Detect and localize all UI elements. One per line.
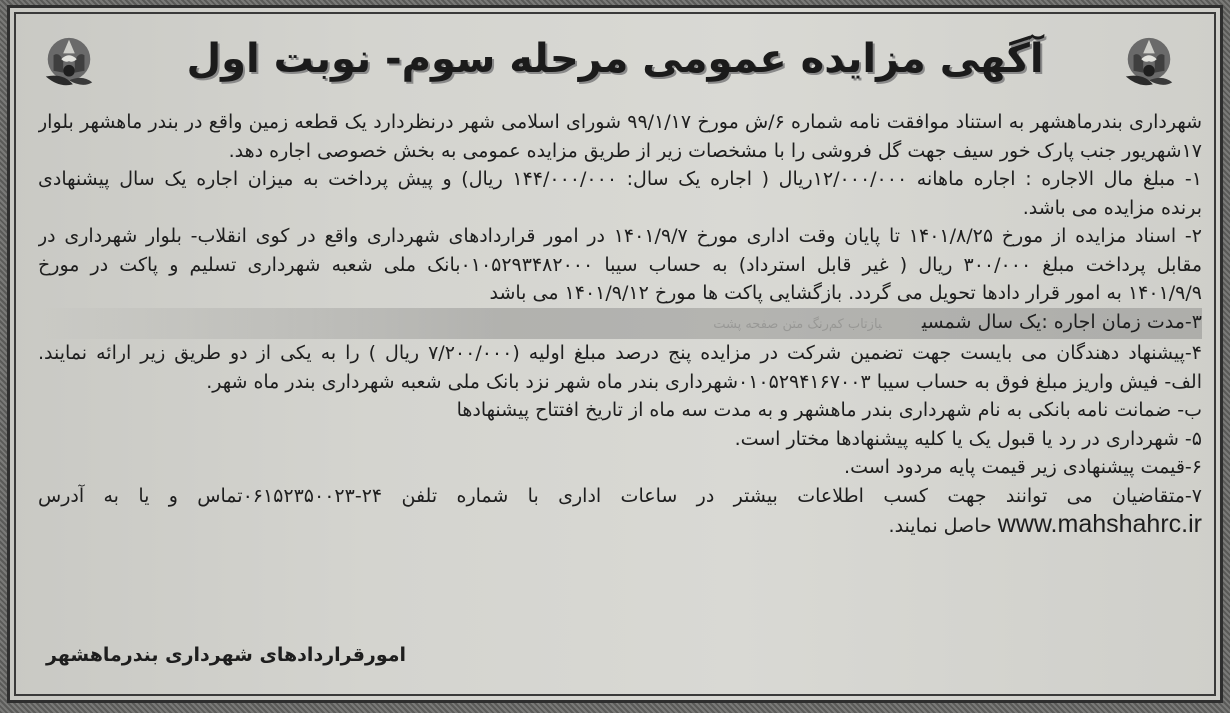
notice-body: شهرداری بندرماهشهر به استناد موافقت نامه…: [38, 108, 1202, 541]
item-5: ۵- شهرداری در رد یا قبول یک یا کلیه پیشن…: [38, 425, 1202, 454]
item-7-line-2: www.mahshahrc.ir حاصل نمایند.: [38, 510, 1202, 541]
notice-title: آگهی مزایده عمومی مرحله سوم- نوبت اول: [10, 36, 1220, 82]
bleed-through-text: بازتاب کم‌رنگ متن صفحه پشت: [713, 317, 882, 332]
item-2-line-3: ۱۴۰۱/۹/۹ به امور قرار دادها تحویل می گرد…: [38, 279, 1202, 308]
item-1-line-2: برنده مزایده می باشد.: [38, 194, 1202, 223]
newspaper-clipping: آگهی مزایده عمومی مرحله سوم- نوبت اول شه…: [0, 0, 1230, 713]
item-4-option-b: ب- ضمانت نامه بانکی به نام شهرداری بندر …: [38, 396, 1202, 425]
signature: امورقراردادهای شهرداری بندرماهشهر: [46, 644, 406, 666]
item-4-option-a: الف- فیش واریز مبلغ فوق به حساب سیبا ۰۱۰…: [38, 368, 1202, 397]
item-6: ۶-قیمت پیشنهادی زیر قیمت پایه مردود است.: [38, 453, 1202, 482]
item-3-text: ۳-مدت زمان اجاره :یک سال شمسی: [922, 311, 1202, 333]
item-7-tail: حاصل نمایند.: [889, 515, 998, 537]
item-2-line-2: مقابل پرداخت مبلغ ۳۰۰/۰۰۰ ریال ( غیر قاب…: [38, 251, 1202, 280]
notice-box: آگهی مزایده عمومی مرحله سوم- نوبت اول شه…: [7, 5, 1223, 703]
intro-line-2: ۱۷شهریور جنب پارک خور سیف جهت گل فروشی ر…: [38, 137, 1202, 166]
item-4-line-1: ۴-پیشنهاد دهندگان می بایست جهت تضمین شرک…: [38, 339, 1202, 368]
website-link[interactable]: www.mahshahrc.ir: [998, 510, 1202, 538]
item-3-duration: ۳-مدت زمان اجاره :یک سال شمسیبازتاب کم‌ر…: [38, 308, 1202, 340]
item-2-line-1: ۲- اسناد مزایده از مورخ ۱۴۰۱/۸/۲۵ تا پای…: [38, 222, 1202, 251]
item-1-line-1: ۱- مبلغ مال الاجاره : اجاره ماهانه ۱۲/۰۰…: [38, 165, 1202, 194]
item-7-line-1: ۷-متقاضیان می توانند جهت کسب اطلاعات بیش…: [38, 482, 1202, 511]
intro-line-1: شهرداری بندرماهشهر به استناد موافقت نامه…: [38, 108, 1202, 137]
